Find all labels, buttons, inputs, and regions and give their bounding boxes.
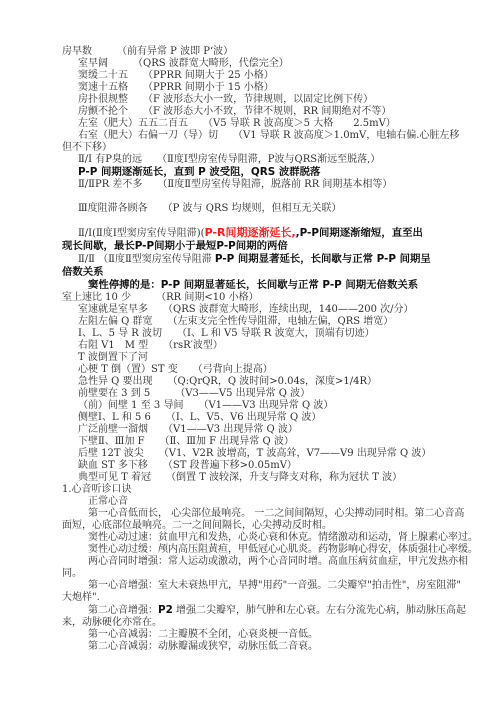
text-line: 急性异 Q 要出现 （Q:QrQR，Q 波时间>0.04s，深度>1/4R）	[62, 376, 484, 388]
text-line: 侧壁Ⅰ、L 和 5 6 （Ⅰ、L、V5、V6 出现异常 Q 波）	[62, 412, 484, 424]
document-page: 房早数 （前有异常 P 波即 P‘波）室早阔 （QRS 波群宽大畸形，代偿完全）…	[0, 0, 496, 702]
text-line: Ⅱ/ⅡPR 差不多 （Ⅱ度Ⅱ型房室传导阻滞，脱落前 RR 间期基本相等）	[62, 179, 484, 191]
text-segment-normal: 窦性心动过速：贫血甲亢和发热，心炎心衰和休克。情绪激动和运动，肾上腺素心率过。	[88, 532, 478, 543]
text-line: Ⅲ度阻滞各顾各 （P 波与 QRS 均规则，但相互无关联）	[62, 203, 484, 215]
text-segment-normal: 右室（肥大）右偏一刀（导）切 （V1 导联 R 波高度＞1.0mV，电轴右偏.心…	[78, 130, 459, 141]
text-segment-bold: P2	[158, 604, 173, 616]
text-segment-normal: Ⅱ/Ⅰ 有P臭的远 （Ⅱ度Ⅰ型房室传导阻滞，P波与QRS渐远至脱落,）	[78, 154, 380, 165]
text-line: 心梗 T 倒（置）ST 变 （弓背向上提高）	[62, 364, 484, 376]
text-segment-normal: Ⅱ/Ⅰ(Ⅱ度Ⅰ型窦房室传导阻滞)(	[78, 228, 205, 239]
text-line: 室早阔 （QRS 波群宽大畸形，代偿完全）	[62, 58, 484, 70]
text-line: 来，动脉硬化亦常在。	[62, 617, 484, 629]
text-segment-normal: Ⅲ度阻滞各顾各 （P 波与 QRS 均规则，但相互无关联）	[78, 203, 342, 214]
text-segment-normal: 来，动脉硬化亦常在。	[62, 617, 162, 628]
text-segment-normal: 第一心音增强：室大未衰热甲亢，早搏"用药"一音强。二尖瓣窄"拍击性"，房室阻滞"	[88, 580, 461, 591]
text-line: T 波倒置下了河	[62, 352, 484, 364]
text-line: 广泛前壁一溜烟 （V1——V3 出现异常 Q 波）	[62, 424, 484, 436]
blank-line	[62, 191, 484, 203]
text-line: 典型可见 T 着冠 （倒置 T 波较深，升支与降支对称，称为冠状 T 波）	[62, 472, 484, 484]
text-segment-normal: 房早数 （前有异常 P 波即 P‘波）	[62, 46, 233, 57]
text-line: 1.心音听诊口诀	[62, 484, 484, 496]
text-segment-normal: 第一心音低而长， 心尖部位最响亮。 一二之间间隔短，心尖搏动同时相。第二心音高	[88, 508, 464, 519]
text-line: 房早数 （前有异常 P 波即 P‘波）	[62, 46, 484, 58]
text-line: 右室（肥大）右偏一刀（导）切 （V1 导联 R 波高度＞1.0mV，电轴右偏.心…	[62, 130, 484, 142]
text-segment-normal: 窦性心动过缓：颅内高压阻黄疸，甲低冠心心肌炎。药物影响心得安，体质强壮心率缓。	[88, 544, 478, 555]
text-segment-normal: 房颤不抡个 （F 波形态大小不致，节律不规则，RR 间期绝对不等）	[78, 106, 391, 117]
text-line: Ⅱ/Ⅱ （Ⅱ度Ⅱ型窦房室传导阻滞 P-P 间期显著延长，长间歇与正常 P-P 间…	[62, 253, 484, 266]
text-line: 第一心音增强：室大未衰热甲亢，早搏"用药"一音强。二尖瓣窄"拍击性"，房室阻滞"	[62, 580, 484, 592]
text-segment-bold: 窦性停搏的是：P-P 间期显著延长，长间歇与正常 P-P 间期无倍数关系	[88, 279, 418, 291]
text-segment-normal: 室速就是室早多 （QRS 波群宽大畸形，连续出现，140——200 次/分）	[78, 304, 413, 315]
text-segment-normal: 1.心音听诊口诀	[62, 484, 132, 495]
text-line: Ⅰ、L、5 导 R 波切 （Ⅰ、L 和 V5 导联 R 波宽大，顶端有切迹）	[62, 328, 484, 340]
text-line: 大炮样".	[62, 592, 484, 604]
text-line: Ⅱ/Ⅰ(Ⅱ度Ⅰ型窦房室传导阻滞)(P-R间期逐渐延长,,P-P间期逐渐缩短，直至…	[62, 227, 484, 240]
text-line: 右阻 V1 M 型 （rsR′波型）	[62, 340, 484, 352]
text-line: 窦性停搏的是：P-P 间期显著延长，长间歇与正常 P-P 间期无倍数关系	[62, 279, 484, 292]
text-segment-normal: 下壁Ⅱ、Ⅲ加 F （Ⅱ、Ⅲ加 F 出现异常 Q 波）	[78, 436, 294, 447]
text-segment-normal: 增强二尖瓣窄，肺气肿和左心衰。左右分流先心病，肺动脉压高起	[173, 605, 466, 616]
text-segment-red: P-R间期逐渐延长,	[205, 226, 296, 239]
text-segment-normal: 但不下移）	[62, 142, 112, 153]
text-line: 室速就是室早多 （QRS 波群宽大畸形，连续出现，140——200 次/分）	[62, 304, 484, 316]
text-line: 面短，心底部位最响亮。二一之间间隔长，心尖搏动反时相。	[62, 520, 484, 532]
text-segment-normal: 左室（肥大）五五二百五 （V5 导联 R 波高度＞5 大格 2.5mV）	[78, 118, 396, 129]
text-line: Ⅱ/Ⅰ 有P臭的远 （Ⅱ度Ⅰ型房室传导阻滞，P波与QRS渐远至脱落,）	[62, 154, 484, 166]
text-segment-bold: ,P-P间期逐渐缩短，直至出	[296, 227, 423, 239]
text-segment-normal: 广泛前壁一溜烟 （V1——V3 出现异常 Q 波）	[78, 424, 298, 435]
text-line: 左室（肥大）五五二百五 （V5 导联 R 波高度＞5 大格 2.5mV）	[62, 118, 484, 130]
text-segment-normal: 第二心音减弱：动脉瓣漏或狭窄，动脉压低二音衰。	[88, 641, 318, 652]
text-segment-normal: T 波倒置下了河	[78, 352, 148, 363]
text-segment-normal: Ⅰ、L、5 导 R 波切 （Ⅰ、L 和 V5 导联 R 波宽大，顶端有切迹）	[78, 328, 375, 339]
text-segment-normal: 缺血 ST 多下移 （ST 段普遍下移>0.05mV）	[78, 460, 297, 471]
text-line: 房扑很规整 （F 波形态大小一致，节律规则，以固定比例下传）	[62, 94, 484, 106]
text-line: 后壁 12T 波尖 （V1、V2R 波增高，T 波高耸，V7——V9 出现异常 …	[62, 448, 484, 460]
text-segment-normal: 第二心音增强：	[88, 605, 158, 616]
text-line: 正常心音	[62, 496, 484, 508]
text-segment-normal: 面短，心底部位最响亮。二一之间间隔长，心尖搏动反时相。	[62, 520, 332, 531]
text-segment-normal: 大炮样".	[62, 592, 100, 603]
text-line: 第二心音增强：P2 增强二尖瓣窄，肺气肿和左心衰。左右分流先心病，肺动脉压高起	[62, 604, 484, 617]
text-segment-bold: 倍数关系	[62, 266, 104, 278]
text-segment-normal: 侧壁Ⅰ、L 和 5 6 （Ⅰ、L、V5、V6 出现异常 Q 波）	[78, 412, 321, 423]
text-segment-normal: 正常心音	[88, 496, 128, 507]
text-line: 现长间歇，最长P-P间期小于最短P-P间期的两倍	[62, 240, 484, 253]
text-line: 窦性心动过缓：颅内高压阻黄疸，甲低冠心心肌炎。药物影响心得安，体质强壮心率缓。	[62, 544, 484, 556]
text-line: 前壁要在 3 到 5 （V3——V5 出现异常 Q 波）	[62, 388, 484, 400]
text-line: 下壁Ⅱ、Ⅲ加 F （Ⅱ、Ⅲ加 F 出现异常 Q 波）	[62, 436, 484, 448]
text-segment-normal: 后壁 12T 波尖 （V1、V2R 波增高，T 波高耸，V7——V9 出现异常 …	[78, 448, 431, 459]
text-segment-normal: 窦速十五格 （PPRR 间期小于 15 小格）	[78, 82, 274, 93]
text-segment-normal: 室早阔 （QRS 波群宽大畸形，代偿完全）	[78, 58, 289, 69]
text-line: 窦性心动过速：贫血甲亢和发热，心炎心衰和休克。情绪激动和运动，肾上腺素心率过。	[62, 532, 484, 544]
text-line: 第一心音低而长， 心尖部位最响亮。 一二之间间隔短，心尖搏动同时相。第二心音高	[62, 508, 484, 520]
document-body: 房早数 （前有异常 P 波即 P‘波）室早阔 （QRS 波群宽大畸形，代偿完全）…	[62, 46, 484, 653]
text-line: 窦速十五格 （PPRR 间期小于 15 小格）	[62, 82, 484, 94]
text-segment-normal: 前壁要在 3 到 5 （V3——V5 出现异常 Q 波）	[78, 388, 310, 399]
text-segment-normal: 典型可见 T 着冠 （倒置 T 波较深，升支与降支对称，称为冠状 T 波）	[78, 472, 402, 483]
text-line: 房颤不抡个 （F 波形态大小不致，节律不规则，RR 间期绝对不等）	[62, 106, 484, 118]
text-line: 室上速比 10 少 （RR 间期<10 小格）	[62, 292, 484, 304]
text-segment-normal: 第一心音减弱：二主瓣膜不全闭，心衰炎梗一音低。	[88, 629, 318, 640]
text-line: 倍数关系	[62, 266, 484, 279]
text-segment-normal: 同。	[62, 568, 82, 579]
text-line: 第二心音减弱：动脉瓣漏或狭窄，动脉压低二音衰。	[62, 641, 484, 653]
text-segment-bold: P-P 间期逐渐延长，直到 P 波受阻，QRS 波群脱落	[78, 166, 320, 178]
text-segment-bold: 现长间歇，最长P-P间期小于最短P-P间期的两倍	[62, 240, 288, 252]
text-segment-bold: P-P 间期显著延长，长间歇与正常 P-P 间期呈	[215, 253, 431, 265]
text-segment-normal: Ⅱ/ⅡPR 差不多 （Ⅱ度Ⅱ型房室传导阻滞，脱落前 RR 间期基本相等）	[78, 179, 392, 190]
text-line: （前）间壁 1 至 3 导间 （V1——V3 出现异常 Q 波）	[62, 400, 484, 412]
text-line: 左阻左偏 Q 群宽 （左束支完全性传导阻滞，电轴左偏，QRS 增宽）	[62, 316, 484, 328]
text-segment-normal: 两心音同时增强：常人运动或激动，两个心音同时增。高血压病贫血症，甲亢发热亦相	[88, 556, 468, 567]
text-segment-normal: 室上速比 10 少 （RR 间期<10 小格）	[62, 292, 259, 303]
text-segment-normal: 右阻 V1 M 型 （rsR′波型）	[78, 340, 223, 351]
text-segment-normal: 左阻左偏 Q 群宽 （左束支完全性传导阻滞，电轴左偏，QRS 增宽）	[78, 316, 393, 327]
text-segment-normal: 窦缓二十五 （PPRR 间期大于 25 小格）	[78, 70, 274, 81]
text-segment-normal: 房扑很规整 （F 波形态大小一致，节律规则，以固定比例下传）	[78, 94, 373, 105]
text-segment-normal: Ⅱ/Ⅱ （Ⅱ度Ⅱ型窦房室传导阻滞	[78, 254, 215, 265]
text-line: 缺血 ST 多下移 （ST 段普遍下移>0.05mV）	[62, 460, 484, 472]
text-line: P-P 间期逐渐延长，直到 P 波受阻，QRS 波群脱落	[62, 166, 484, 179]
text-segment-normal: （前）间壁 1 至 3 导间 （V1——V3 出现异常 Q 波）	[78, 400, 333, 411]
text-segment-normal: 心梗 T 倒（置）ST 变 （弓背向上提高）	[78, 364, 273, 375]
text-line: 第一心音减弱：二主瓣膜不全闭，心衰炎梗一音低。	[62, 629, 484, 641]
text-line: 两心音同时增强：常人运动或激动，两个心音同时增。高血压病贫血症，甲亢发热亦相	[62, 556, 484, 568]
text-line: 窦缓二十五 （PPRR 间期大于 25 小格）	[62, 70, 484, 82]
text-line: 同。	[62, 568, 484, 580]
text-line: 但不下移）	[62, 142, 484, 154]
text-segment-normal: 急性异 Q 要出现 （Q:QrQR，Q 波时间>0.04s，深度>1/4R）	[78, 376, 377, 387]
